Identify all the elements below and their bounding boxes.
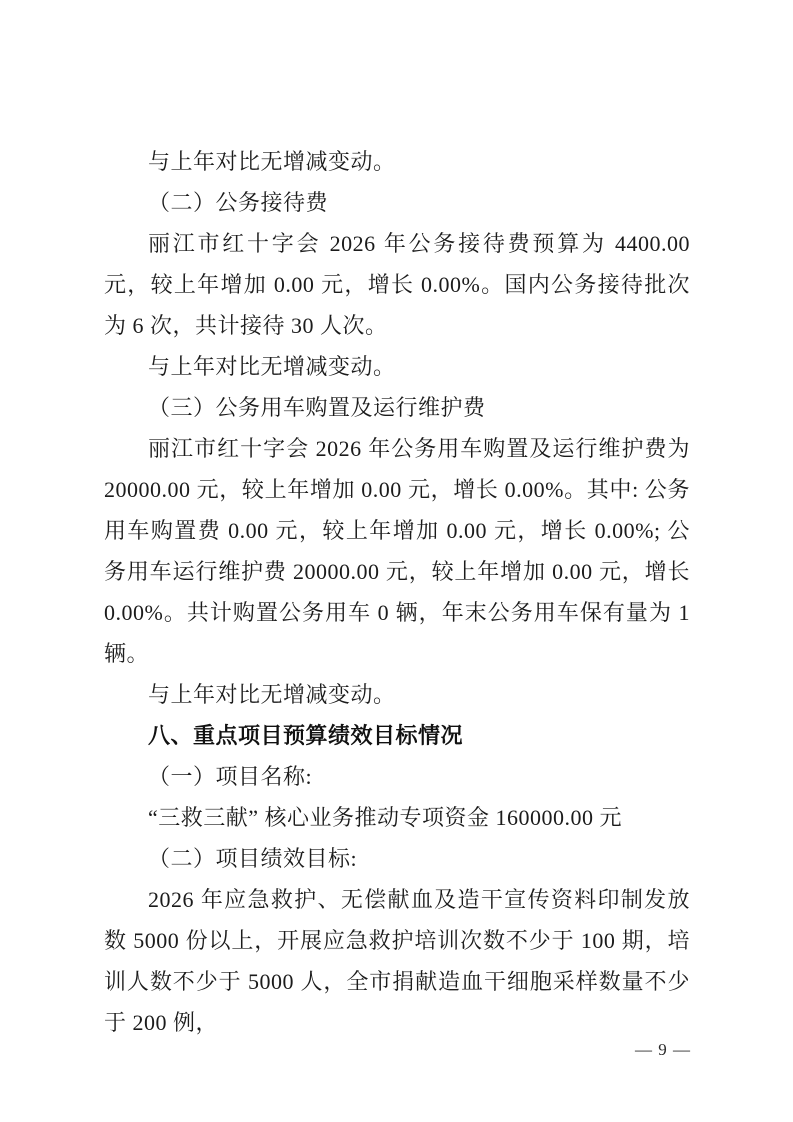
paragraph: 与上年对比无增减变动。 — [104, 674, 690, 715]
paragraph: （二）公务接待费 — [104, 182, 690, 223]
page-number: — 9 — — [625, 1038, 701, 1062]
section-heading: 八、重点项目预算绩效目标情况 — [104, 715, 690, 756]
document-page: 与上年对比无增减变动。（二）公务接待费丽江市红十字会 2026 年公务接待费预算… — [0, 0, 793, 1122]
paragraph: （三）公务用车购置及运行维护费 — [104, 387, 690, 428]
paragraph: 与上年对比无增减变动。 — [104, 346, 690, 387]
paragraph: 与上年对比无增减变动。 — [104, 141, 690, 182]
paragraph: 2026 年应急救护、无偿献血及造干宣传资料印制发放数 5000 份以上，开展应… — [104, 879, 690, 1043]
paragraph: 丽江市红十字会 2026 年公务接待费预算为 4400.00 元，较上年增加 0… — [104, 223, 690, 346]
paragraph: （一）项目名称: — [104, 756, 690, 797]
paragraph: （二）项目绩效目标: — [104, 838, 690, 879]
paragraph: 丽江市红十字会 2026 年公务用车购置及运行维护费为 20000.00 元，较… — [104, 428, 690, 674]
paragraph: “三救三献” 核心业务推动专项资金 160000.00 元 — [104, 797, 690, 838]
document-body: 与上年对比无增减变动。（二）公务接待费丽江市红十字会 2026 年公务接待费预算… — [104, 141, 690, 1043]
